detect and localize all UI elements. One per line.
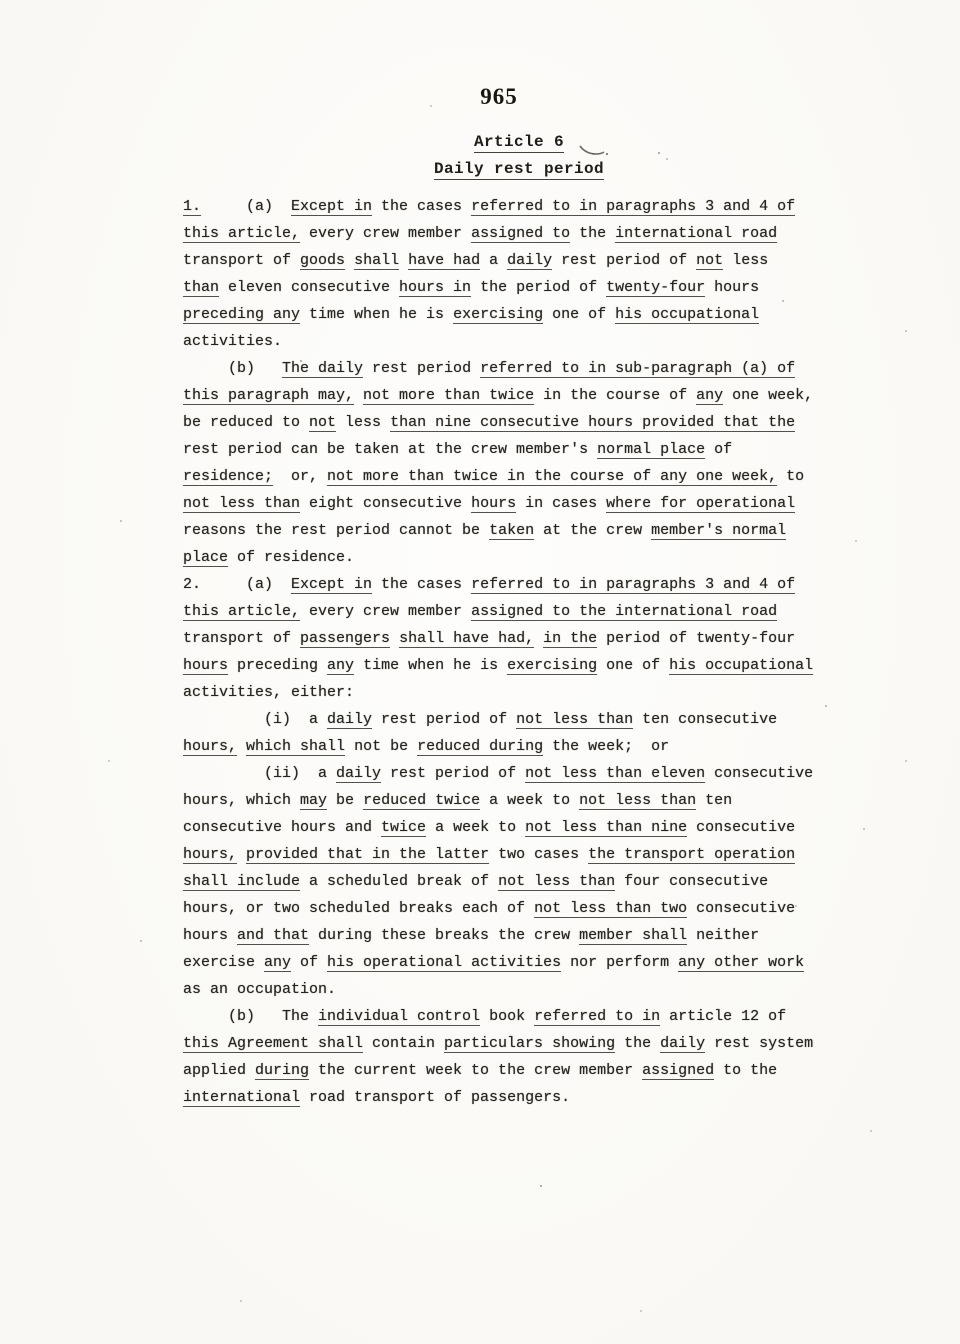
underlined-text-segment: Except in xyxy=(291,576,372,594)
scanned-document-page: 965 Article 6 Daily rest period 1. (a) E… xyxy=(0,0,960,1344)
underlined-text-segment: not less than xyxy=(183,495,300,513)
underlined-text-segment: provided that in the latter xyxy=(246,846,489,864)
text-segment: time when he is xyxy=(300,306,453,323)
article-heading-text: Article 6 xyxy=(474,133,564,153)
text-segment: (b) The xyxy=(183,1008,318,1025)
underlined-text-segment: passengers xyxy=(300,630,390,648)
text-line: exercise any of his operational activiti… xyxy=(183,949,863,976)
underlined-text-segment: not less than nine xyxy=(525,819,687,837)
text-segment xyxy=(237,846,246,863)
text-segment: a scheduled break of xyxy=(300,873,498,890)
text-segment: ten consecutive xyxy=(633,711,777,728)
text-segment: one week, xyxy=(723,387,813,404)
underlined-text-segment: not more than twice in the course of any… xyxy=(327,468,777,486)
text-segment: the xyxy=(570,225,615,242)
underlined-text-segment: hours, xyxy=(183,738,237,756)
underlined-text-segment: referred to in xyxy=(534,1008,660,1026)
text-line: transport of passengers shall have had, … xyxy=(183,625,863,652)
text-line: hours, or two scheduled breaks each of n… xyxy=(183,895,863,922)
text-line: place of residence. xyxy=(183,544,863,571)
text-segment: a xyxy=(480,252,507,269)
underlined-text-segment: goods xyxy=(300,252,345,270)
text-segment: (ii) a xyxy=(183,765,336,782)
text-segment: less xyxy=(336,414,390,431)
text-segment: to the xyxy=(714,1062,777,1079)
text-line: this Agreement shall contain particulars… xyxy=(183,1030,863,1057)
text-segment xyxy=(345,252,354,269)
text-line: (b) The daily rest period referred to in… xyxy=(183,355,863,382)
underlined-text-segment: have had xyxy=(408,252,480,270)
text-segment: transport of xyxy=(183,252,300,269)
text-segment: rest period can be taken at the crew mem… xyxy=(183,441,597,458)
underlined-text-segment: his occupational xyxy=(669,657,813,675)
text-segment: reasons the rest period cannot be xyxy=(183,522,489,539)
underlined-text-segment: twenty-four xyxy=(606,279,705,297)
underlined-text-segment: his occupational xyxy=(615,306,759,324)
text-line: preceding any time when he is exercising… xyxy=(183,301,863,328)
text-segment: activities, either: xyxy=(183,684,354,701)
underlined-text-segment: twice xyxy=(381,819,426,837)
text-segment: the cases xyxy=(372,198,471,215)
text-segment: consecutive xyxy=(705,765,813,782)
underlined-text-segment: daily xyxy=(507,252,552,270)
text-segment xyxy=(399,252,408,269)
text-segment: (a) xyxy=(201,198,291,215)
text-line: hours preceding any time when he is exer… xyxy=(183,652,863,679)
underlined-text-segment: not less than xyxy=(579,792,696,810)
text-segment: of xyxy=(705,441,732,458)
text-segment: hours xyxy=(183,927,237,944)
text-segment xyxy=(237,738,246,755)
article-subtitle-text: Daily rest period xyxy=(434,160,604,180)
text-segment: be xyxy=(327,792,363,809)
underlined-text-segment: not more than twice xyxy=(363,387,534,405)
underlined-text-segment: this article, xyxy=(183,603,300,621)
text-line: hours, which shall not be reduced during… xyxy=(183,733,863,760)
text-segment: neither xyxy=(687,927,759,944)
underlined-text-segment: shall have had, xyxy=(399,630,534,648)
underlined-text-segment: The daily xyxy=(282,360,363,378)
underlined-text-segment: member shall xyxy=(579,927,687,945)
text-line: (ii) a daily rest period of not less tha… xyxy=(183,760,863,787)
text-line: than eleven consecutive hours in the per… xyxy=(183,274,863,301)
underlined-text-segment: any xyxy=(264,954,291,972)
text-segment: (b) xyxy=(183,360,282,377)
text-segment: contain xyxy=(363,1035,444,1052)
underlined-text-segment: this article, xyxy=(183,225,300,243)
underlined-text-segment: not less than xyxy=(498,873,615,891)
underlined-text-segment: may xyxy=(300,792,327,810)
underlined-text-segment: referred to in paragraphs 3 and 4 of xyxy=(471,198,795,216)
text-segment: hours xyxy=(705,279,759,296)
text-segment: as an occupation. xyxy=(183,981,336,998)
underlined-text-segment: not xyxy=(309,414,336,432)
text-segment: the current week to the crew member xyxy=(309,1062,642,1079)
underlined-text-segment: referred to in sub-paragraph (a) of xyxy=(480,360,795,378)
underlined-text-segment: assigned to xyxy=(471,225,570,243)
underlined-text-segment: his operational activities xyxy=(327,954,561,972)
text-segment: two cases xyxy=(489,846,588,863)
underlined-text-segment: assigned xyxy=(642,1062,714,1080)
text-segment: hours, which xyxy=(183,792,300,809)
underlined-text-segment: any other work xyxy=(678,954,804,972)
underlined-text-segment: during xyxy=(255,1062,309,1080)
text-line: transport of goods shall have had a dail… xyxy=(183,247,863,274)
scan-artifact-mark xyxy=(578,143,612,161)
page-number: 965 xyxy=(0,84,960,110)
scan-noise-speckles xyxy=(0,0,2,2)
text-segment: consecutive xyxy=(687,819,795,836)
text-line: hours and that during these breaks the c… xyxy=(183,922,863,949)
text-line: activities. xyxy=(183,328,863,355)
text-segment: the period of xyxy=(471,279,606,296)
underlined-text-segment: than xyxy=(183,279,219,297)
underlined-text-segment: not less than eleven xyxy=(525,765,705,783)
text-segment: one of xyxy=(597,657,669,674)
text-segment: or, xyxy=(273,468,327,485)
article-heading: Article 6 xyxy=(0,133,960,151)
text-segment: time when he is xyxy=(354,657,507,674)
text-segment xyxy=(354,387,363,404)
text-segment: the xyxy=(615,1035,660,1052)
underlined-text-segment: preceding any xyxy=(183,306,300,324)
text-segment xyxy=(390,630,399,647)
underlined-text-segment: international xyxy=(183,1089,300,1107)
text-line: (b) The individual control book referred… xyxy=(183,1003,863,1030)
text-line: not less than eight consecutive hours in… xyxy=(183,490,863,517)
text-line: 2. (a) Except in the cases referred to i… xyxy=(183,571,863,598)
text-line: this article, every crew member assigned… xyxy=(183,598,863,625)
text-line: reasons the rest period cannot be taken … xyxy=(183,517,863,544)
text-segment: less xyxy=(723,252,768,269)
underlined-text-segment: where for operational xyxy=(606,495,795,513)
document-body-text: 1. (a) Except in the cases referred to i… xyxy=(183,193,863,1111)
text-segment: hours, or two scheduled breaks each of xyxy=(183,900,534,917)
text-segment: a week to xyxy=(426,819,525,836)
text-line: 1. (a) Except in the cases referred to i… xyxy=(183,193,863,220)
underlined-text-segment: any xyxy=(696,387,723,405)
text-segment: during these breaks the crew xyxy=(309,927,579,944)
text-segment: in the course of xyxy=(534,387,696,404)
text-segment: the week; or xyxy=(543,738,669,755)
text-line: rest period can be taken at the crew mem… xyxy=(183,436,863,463)
text-segment: four consecutive xyxy=(615,873,768,890)
underlined-text-segment: exercising xyxy=(507,657,597,675)
text-segment: rest period of xyxy=(381,765,525,782)
underlined-text-segment: normal place xyxy=(597,441,705,459)
text-segment: road transport of passengers. xyxy=(300,1089,570,1106)
text-segment: rest system xyxy=(705,1035,813,1052)
text-segment: eight consecutive xyxy=(300,495,471,512)
text-line: hours, which may be reduced twice a week… xyxy=(183,787,863,814)
article-subtitle: Daily rest period xyxy=(0,160,960,178)
text-line: shall include a scheduled break of not l… xyxy=(183,868,863,895)
underlined-text-segment: reduced during xyxy=(417,738,543,756)
text-segment: article 12 of xyxy=(660,1008,786,1025)
underlined-text-segment: reduced twice xyxy=(363,792,480,810)
underlined-text-segment: hours in xyxy=(399,279,471,297)
text-segment: of residence. xyxy=(228,549,354,566)
underlined-text-segment: and that xyxy=(237,927,309,945)
text-segment: applied xyxy=(183,1062,255,1079)
text-line: as an occupation. xyxy=(183,976,863,1003)
underlined-text-segment: hours, xyxy=(183,846,237,864)
underlined-text-segment: referred to in paragraphs 3 and 4 of xyxy=(471,576,795,594)
text-segment: rest period of xyxy=(372,711,516,728)
text-segment: nor perform xyxy=(561,954,678,971)
text-line: international road transport of passenge… xyxy=(183,1084,863,1111)
underlined-text-segment: daily xyxy=(336,765,381,783)
text-segment: at the crew xyxy=(534,522,651,539)
underlined-text-segment: residence; xyxy=(183,468,273,486)
text-segment: every crew member xyxy=(300,225,471,242)
underlined-text-segment: which shall xyxy=(246,738,345,756)
underlined-text-segment: Except in xyxy=(291,198,372,216)
text-segment: period of twenty-four xyxy=(597,630,795,647)
text-segment: ten xyxy=(696,792,732,809)
underlined-text-segment: daily xyxy=(660,1035,705,1053)
underlined-text-segment: this paragraph may, xyxy=(183,387,354,405)
underlined-text-segment: this Agreement shall xyxy=(183,1035,363,1053)
underlined-text-segment: assigned to the international road xyxy=(471,603,777,621)
text-line: (i) a daily rest period of not less than… xyxy=(183,706,863,733)
text-segment: consecutive hours and xyxy=(183,819,381,836)
text-segment: of xyxy=(291,954,327,971)
text-line: applied during the current week to the c… xyxy=(183,1057,863,1084)
text-line: residence; or, not more than twice in th… xyxy=(183,463,863,490)
text-segment xyxy=(534,630,543,647)
text-line: activities, either: xyxy=(183,679,863,706)
text-segment: rest period xyxy=(363,360,480,377)
underlined-text-segment: taken xyxy=(489,522,534,540)
text-segment: eleven consecutive xyxy=(219,279,399,296)
underlined-text-segment: hours xyxy=(471,495,516,513)
text-segment: the cases xyxy=(372,576,471,593)
underlined-text-segment: not less than xyxy=(516,711,633,729)
text-segment: transport of xyxy=(183,630,300,647)
text-segment: rest period of xyxy=(552,252,696,269)
underlined-text-segment: place xyxy=(183,549,228,567)
text-line: be reduced to not less than nine consecu… xyxy=(183,409,863,436)
underlined-text-segment: any xyxy=(327,657,354,675)
underlined-text-segment: daily xyxy=(327,711,372,729)
text-segment: preceding xyxy=(228,657,327,674)
text-line: this article, every crew member assigned… xyxy=(183,220,863,247)
text-segment: be reduced to xyxy=(183,414,309,431)
text-segment: in cases xyxy=(516,495,606,512)
underlined-text-segment: hours xyxy=(183,657,228,675)
underlined-text-segment: the transport operation xyxy=(588,846,795,864)
underlined-text-segment: international road xyxy=(615,225,777,243)
text-segment: 2. (a) xyxy=(183,576,291,593)
text-segment: a week to xyxy=(480,792,579,809)
underlined-text-segment: not xyxy=(696,252,723,270)
underlined-text-segment: 1. xyxy=(183,198,201,216)
underlined-text-segment: exercising xyxy=(453,306,543,324)
text-segment: exercise xyxy=(183,954,264,971)
underlined-text-segment: not less than two xyxy=(534,900,687,918)
text-segment: one of xyxy=(543,306,615,323)
text-line: this paragraph may, not more than twice … xyxy=(183,382,863,409)
underlined-text-segment: than nine consecutive hours provided tha… xyxy=(390,414,795,432)
underlined-text-segment: shall include xyxy=(183,873,300,891)
text-segment: (i) a xyxy=(183,711,327,728)
text-segment: to xyxy=(777,468,804,485)
underlined-text-segment: particulars showing xyxy=(444,1035,615,1053)
underlined-text-segment: member's normal xyxy=(651,522,786,540)
text-line: hours, provided that in the latter two c… xyxy=(183,841,863,868)
text-segment: activities. xyxy=(183,333,282,350)
text-segment: consecutive xyxy=(687,900,795,917)
underlined-text-segment: shall xyxy=(354,252,399,270)
text-segment: every crew member xyxy=(300,603,471,620)
text-segment: book xyxy=(480,1008,534,1025)
text-line: consecutive hours and twice a week to no… xyxy=(183,814,863,841)
text-segment: not be xyxy=(345,738,417,755)
underlined-text-segment: in the xyxy=(543,630,597,648)
underlined-text-segment: individual control xyxy=(318,1008,480,1026)
